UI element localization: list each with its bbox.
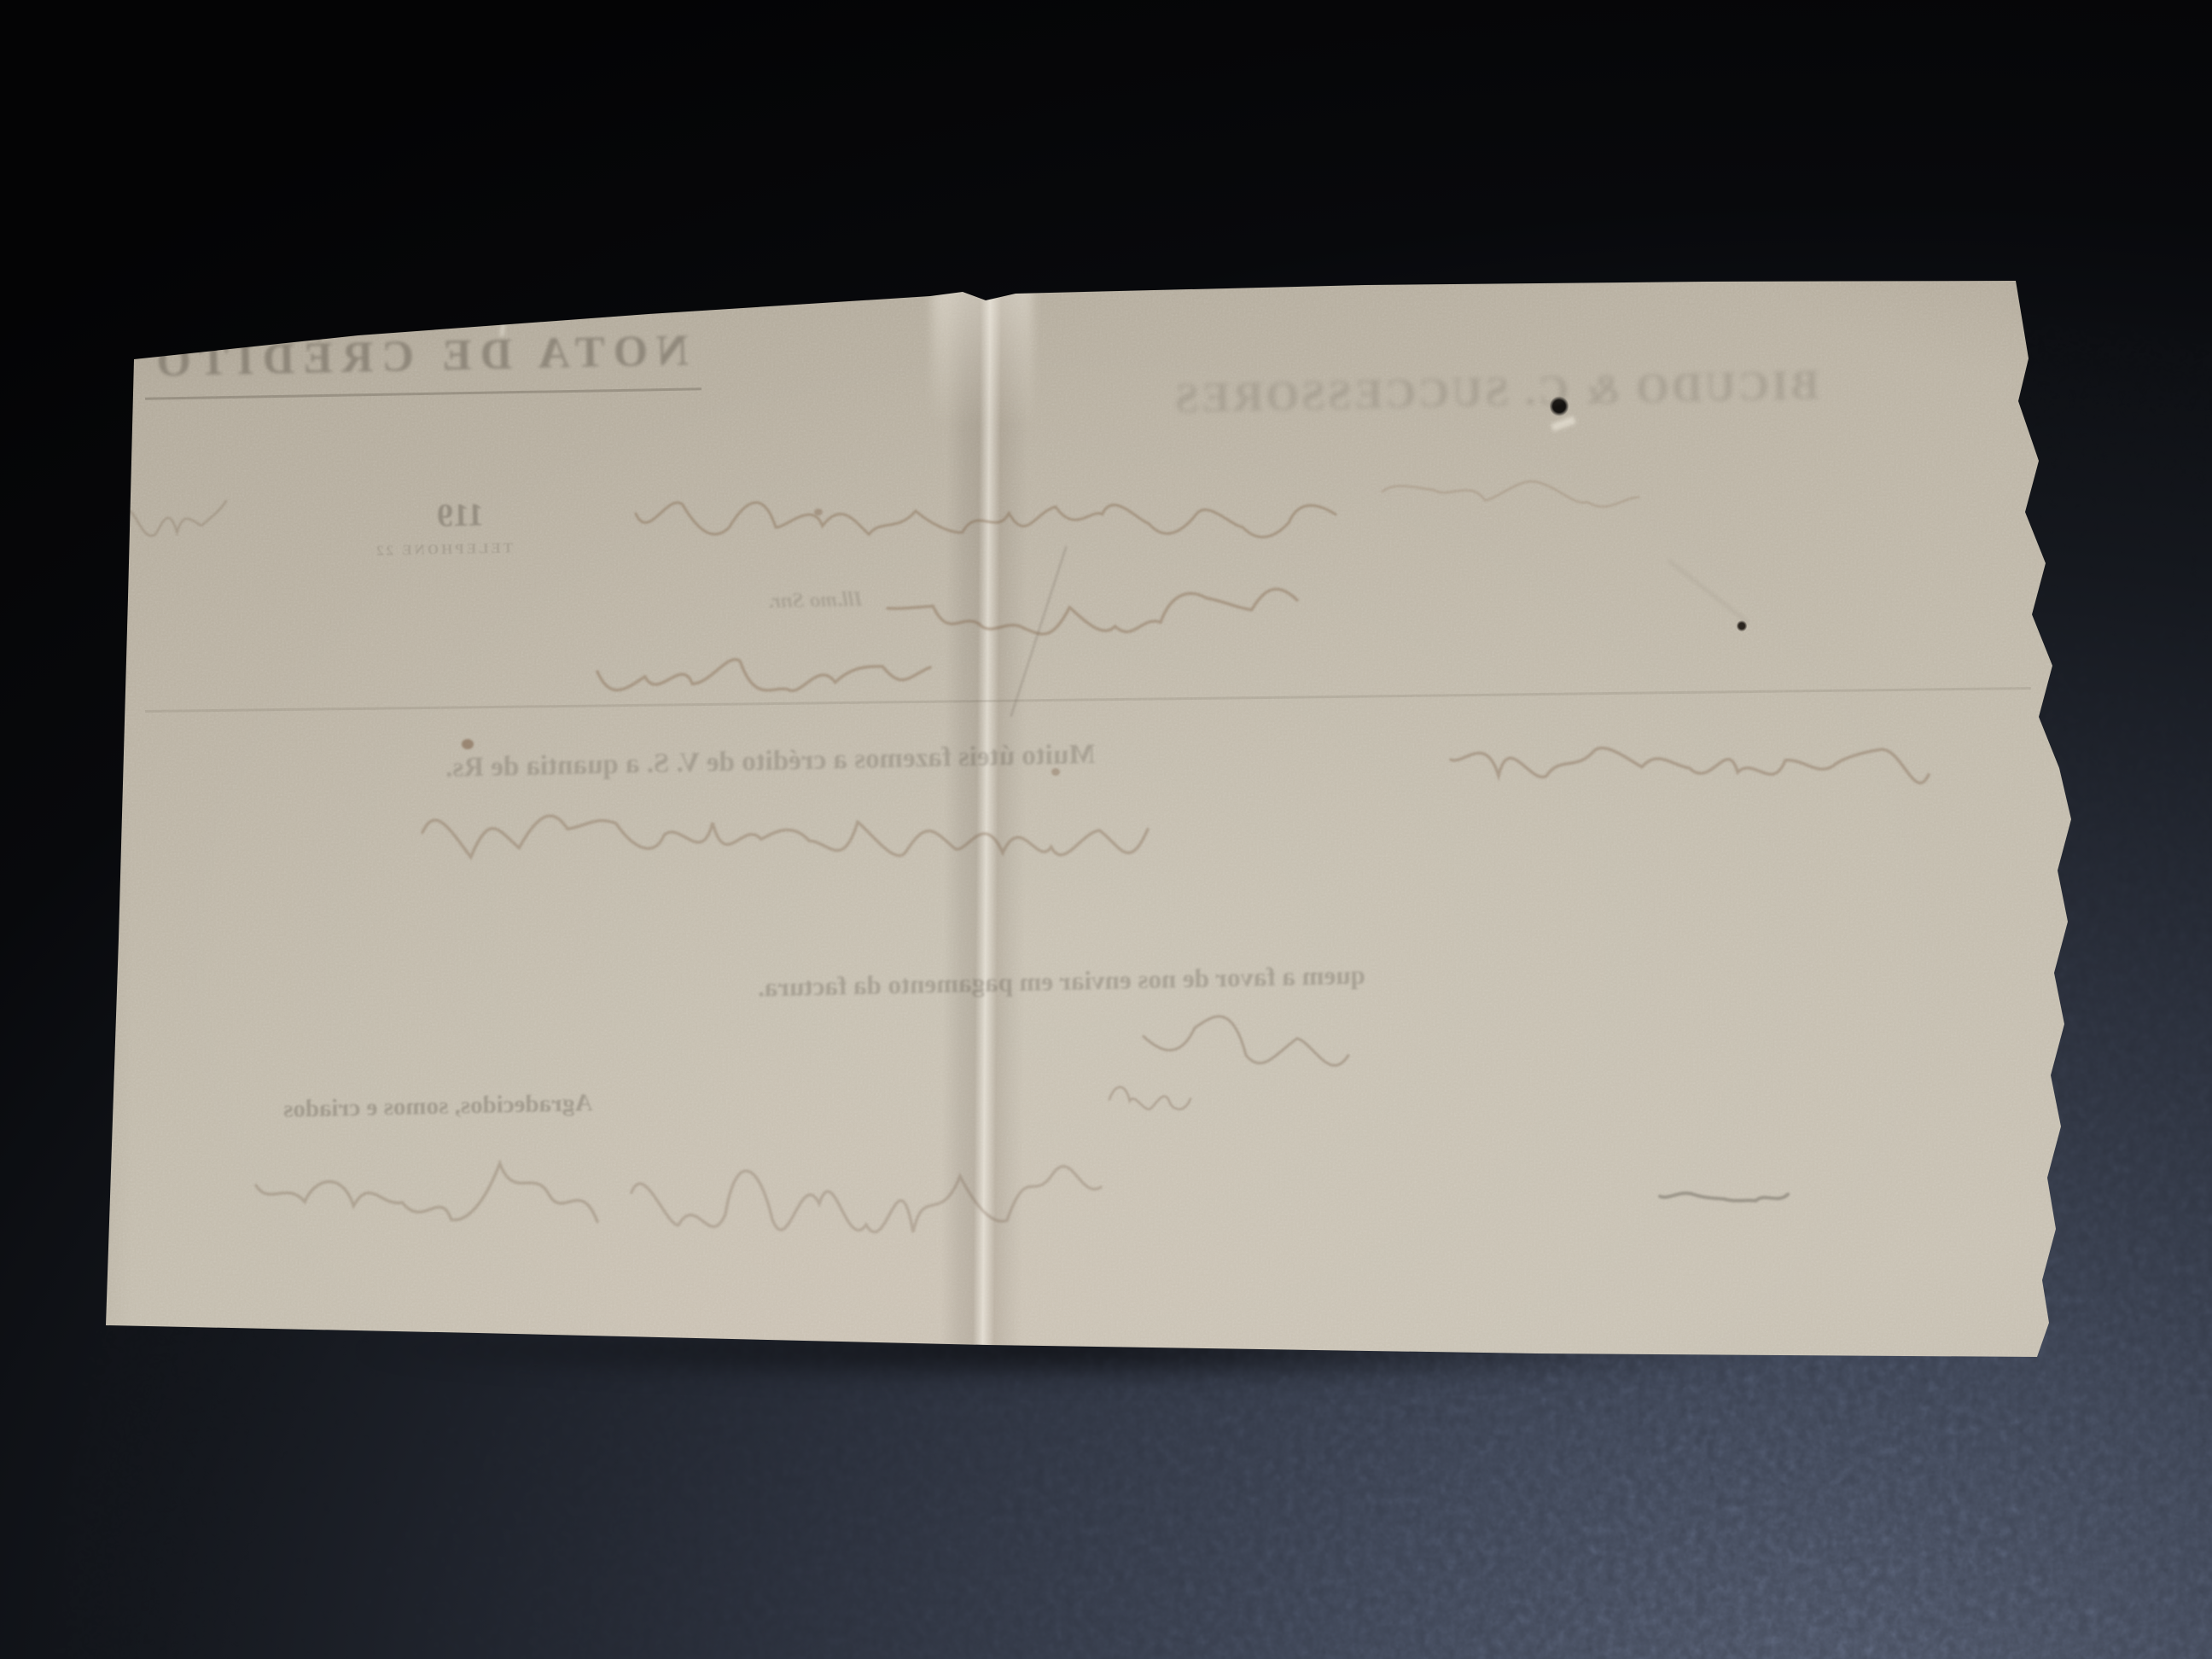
scrawl-left-edge xyxy=(128,501,226,536)
small-initials xyxy=(1109,1087,1190,1109)
date-script xyxy=(636,503,1336,538)
photo-of-credit-note-back: NOTA DE CRÉDITO BICUDO & C. SUCCESSORES … xyxy=(0,0,2212,1659)
addressee-script-2 xyxy=(597,660,930,691)
faint-script-right xyxy=(1382,481,1639,507)
signature-center xyxy=(632,1167,1101,1232)
signature-left xyxy=(256,1163,597,1221)
pencil-dash xyxy=(1660,1193,1788,1201)
addressee-script-1 xyxy=(888,589,1297,634)
amount-script xyxy=(1451,748,1929,783)
factura-script xyxy=(1144,1016,1348,1065)
amount-script-2 xyxy=(422,816,1148,857)
